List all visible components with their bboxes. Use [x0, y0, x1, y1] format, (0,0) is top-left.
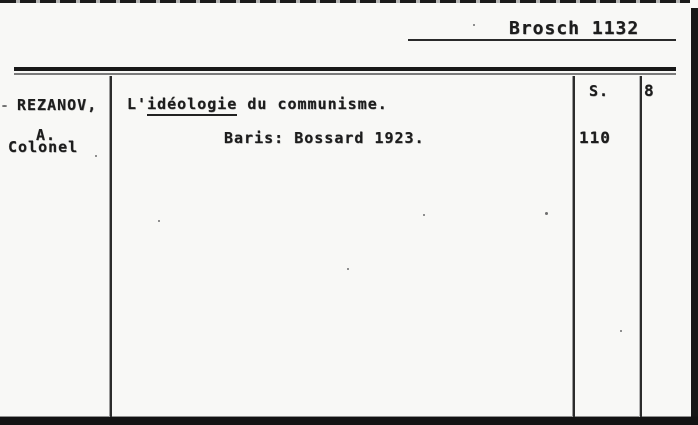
scan-speckle [423, 214, 425, 216]
entry-imprint: Baris: Bossard 1923. [224, 131, 425, 146]
divider-author-column [109, 76, 112, 417]
entry-title: L'idéologie du communisme. [127, 97, 388, 112]
scan-speckle [620, 330, 622, 332]
divider-box-column [639, 76, 642, 417]
scan-speckle [545, 212, 548, 215]
scan-speckle [2, 105, 7, 107]
scan-speckle [95, 155, 97, 157]
catalog-reference: Brosch 1132 [509, 20, 639, 38]
scan-right-edge-band [691, 8, 698, 425]
box-number: 8 [644, 83, 655, 99]
divider-class-column [572, 76, 575, 417]
classification-letter: S. [589, 84, 609, 99]
top-rule-light [14, 73, 676, 75]
author-surname: REZANOV, [17, 98, 97, 113]
title-prefix: L' [127, 95, 147, 113]
author-rank: Colonel [8, 140, 78, 155]
scan-speckle [473, 24, 475, 26]
scan-top-edge [0, 0, 690, 3]
classification-number: 110 [579, 130, 611, 146]
catalog-reference-underline [408, 39, 676, 41]
scan-bottom-band [0, 417, 698, 425]
title-rest: du communisme. [237, 95, 387, 113]
scan-speckle [347, 268, 349, 270]
title-underlined-word: idéologie [147, 95, 237, 116]
top-rule-heavy [14, 67, 676, 71]
scan-speckle [158, 220, 160, 222]
